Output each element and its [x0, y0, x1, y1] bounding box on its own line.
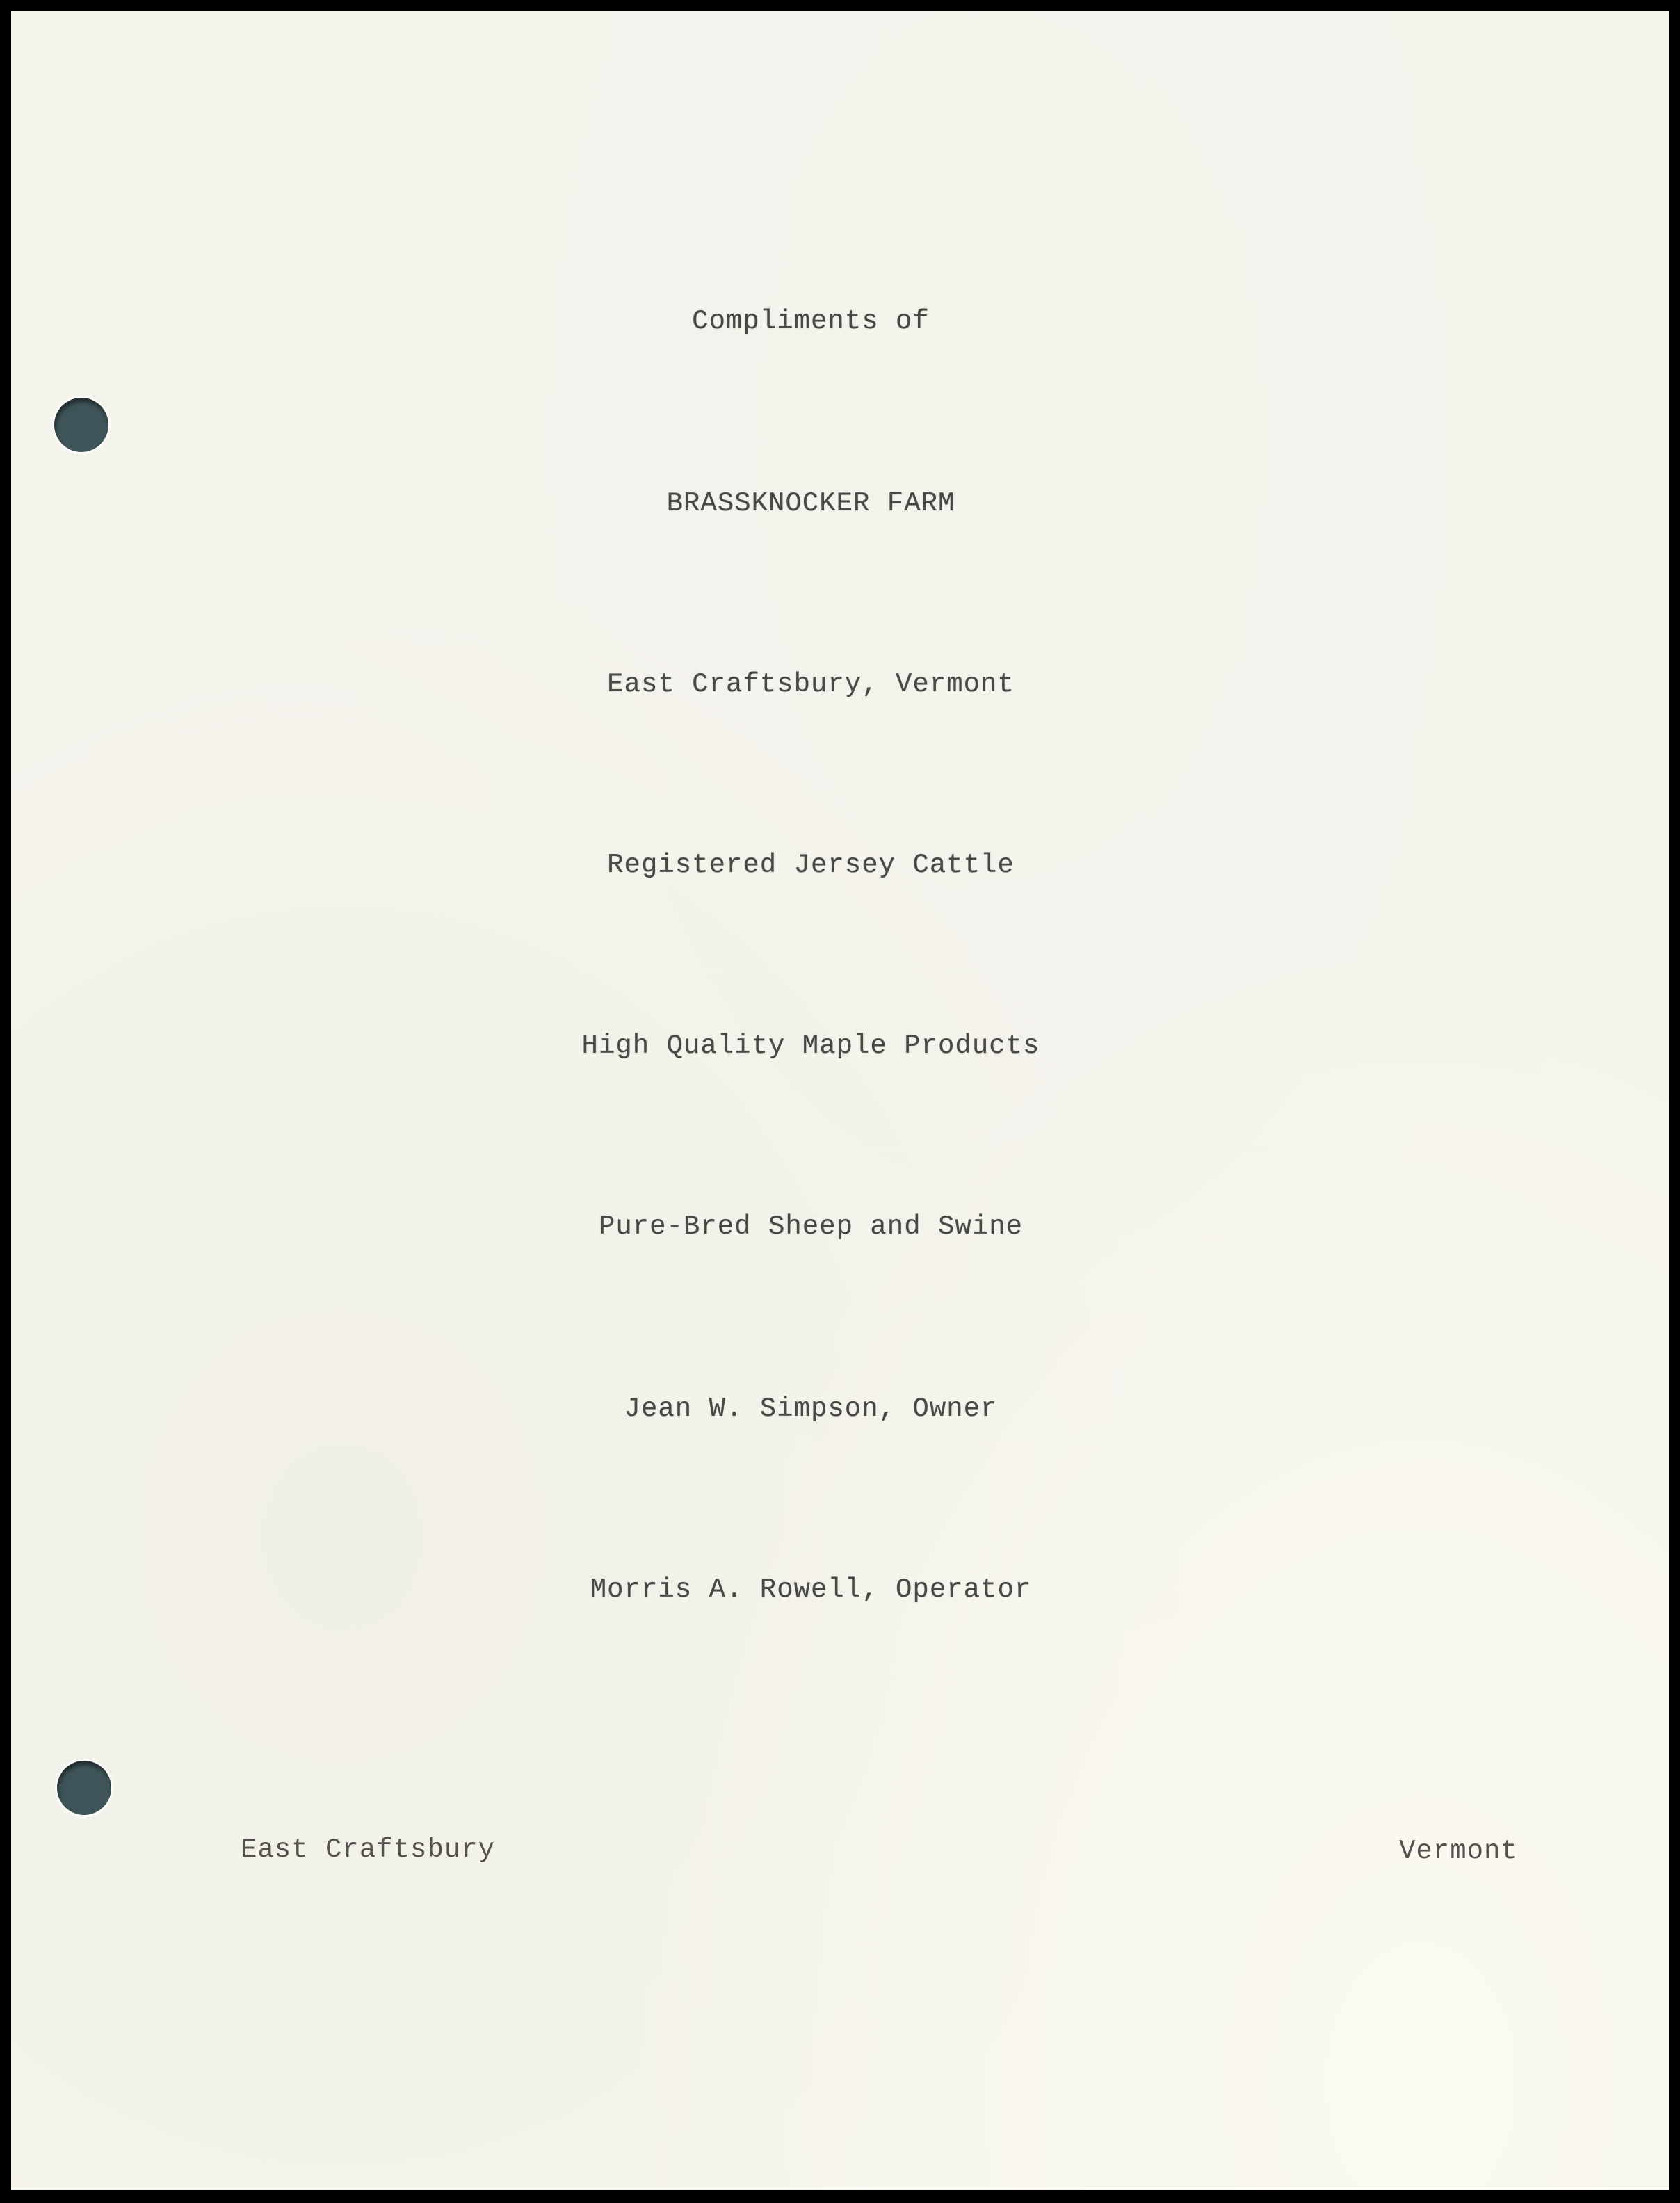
sheep-swine-line: Pure-Bred Sheep and Swine: [11, 1211, 1610, 1242]
maple-line: High Quality Maple Products: [11, 1031, 1610, 1061]
owner-line: Jean W. Simpson, Owner: [11, 1394, 1610, 1424]
footer-town: East Craftsbury: [241, 1834, 495, 1865]
cattle-line: Registered Jersey Cattle: [11, 850, 1610, 880]
farm-name: BRASSKNOCKER FARM: [11, 488, 1610, 519]
footer-state: Vermont: [1399, 1836, 1518, 1866]
punch-hole-bottom: [57, 1761, 111, 1815]
document-page: Compliments of BRASSKNOCKER FARM East Cr…: [11, 11, 1669, 2190]
compliments-line: Compliments of: [11, 306, 1610, 337]
punch-hole-top: [54, 398, 108, 452]
farm-location: East Craftsbury, Vermont: [11, 669, 1610, 700]
operator-line: Morris A. Rowell, Operator: [11, 1574, 1610, 1605]
